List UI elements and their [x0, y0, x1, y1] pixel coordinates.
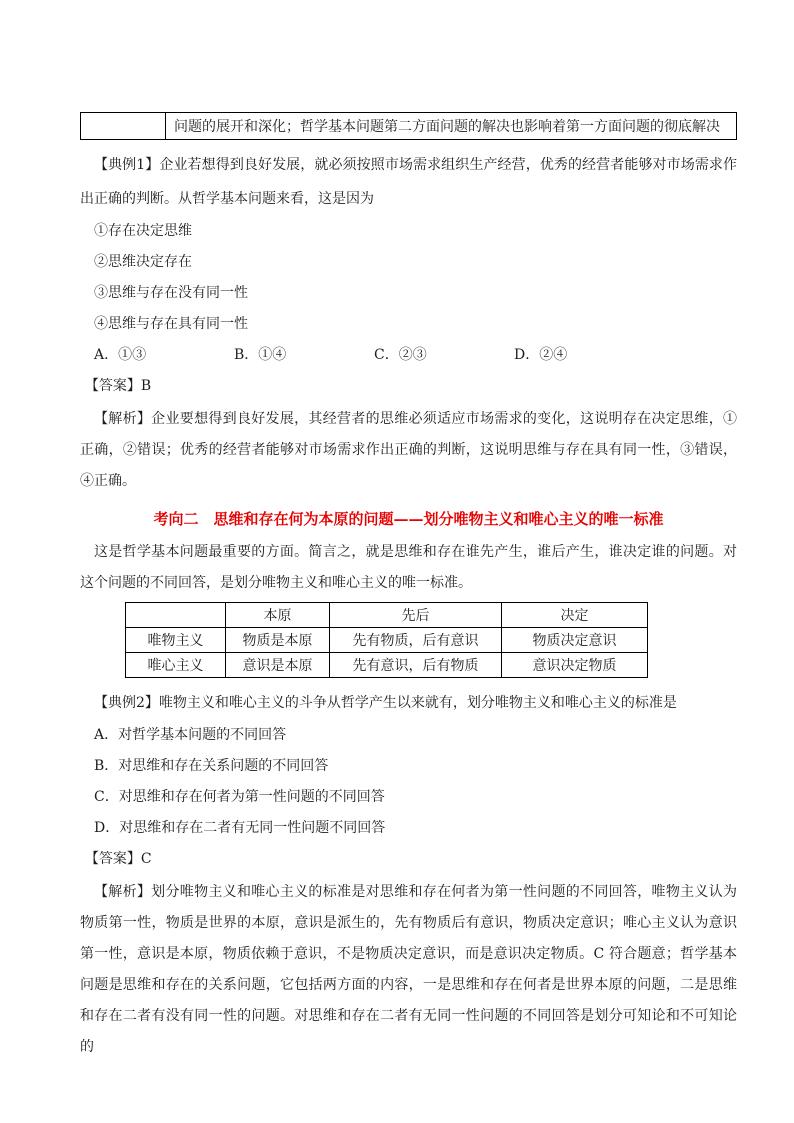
example1-answer: 【答案】B [80, 371, 737, 402]
example1-option-1: ①存在决定思维 [80, 216, 737, 247]
example1-option-2: ②思维决定存在 [80, 247, 737, 278]
example1-choice-a: A．①③ [94, 340, 234, 371]
example1-choice-b: B．①④ [234, 340, 374, 371]
example1-choices-row: A．①③ B．①④ C．②③ D．②④ [80, 340, 737, 371]
document-page: 问题的展开和深化；哲学基本问题第二方面问题的解决也影响着第一方面问题的彻底解决 … [0, 0, 794, 1123]
table-row-materialism: 唯物主义 物质是本原 先有物质，后有意识 物质决定意识 [126, 628, 648, 653]
example2-answer: 【答案】C [80, 844, 737, 875]
table-cell: 意识是本原 [226, 653, 330, 678]
top-table-text-cell: 问题的展开和深化；哲学基本问题第二方面问题的解决也影响着第一方面问题的彻底解决 [166, 113, 737, 140]
table-cell: 唯心主义 [126, 653, 226, 678]
cmp-header-origin: 本原 [226, 603, 330, 628]
example2-analysis: 【解析】划分唯物主义和唯心主义的标准是对思维和存在何者为第一性问题的不同回答，唯… [80, 877, 737, 1063]
top-table-fragment: 问题的展开和深化；哲学基本问题第二方面问题的解决也影响着第一方面问题的彻底解决 [80, 112, 737, 140]
example1-option-3: ③思维与存在没有同一性 [80, 278, 737, 309]
table-row: 问题的展开和深化；哲学基本问题第二方面问题的解决也影响着第一方面问题的彻底解决 [81, 113, 737, 140]
example1-stem: 【典例1】企业若想得到良好发展，就必须按照市场需求组织生产经营，优秀的经营者能够… [80, 148, 737, 216]
section-intro: 这是哲学基本问题最重要的方面。简言之，就是思维和存在谁先产生，谁后产生，谁决定谁… [80, 537, 737, 599]
example1-choice-c: C．②③ [374, 340, 514, 371]
table-cell: 物质是本原 [226, 628, 330, 653]
table-cell: 意识决定物质 [502, 653, 648, 678]
table-cell: 物质决定意识 [502, 628, 648, 653]
example2-choice-c: C．对思维和存在何者为第一性问题的不同回答 [80, 782, 737, 813]
example2-choice-b: B．对思维和存在关系问题的不同回答 [80, 751, 737, 782]
example2-choice-a: A．对哲学基本问题的不同回答 [80, 720, 737, 751]
table-cell: 唯物主义 [126, 628, 226, 653]
comparison-table: 本原 先后 决定 唯物主义 物质是本原 先有物质，后有意识 物质决定意识 唯心主… [125, 602, 648, 678]
table-header-row: 本原 先后 决定 [126, 603, 648, 628]
example2-choice-d: D．对思维和存在二者有无同一性问题不同回答 [80, 813, 737, 844]
cmp-header-empty [126, 603, 226, 628]
example1-option-4: ④思维与存在具有同一性 [80, 309, 737, 340]
section-heading: 考向二 思维和存在何为本原的问题——划分唯物主义和唯心主义的唯一标准 [80, 504, 737, 534]
table-cell: 先有意识，后有物质 [330, 653, 502, 678]
cmp-header-order: 先后 [330, 603, 502, 628]
example1-choice-d: D．②④ [514, 340, 654, 371]
example1-analysis: 【解析】企业要想得到良好发展，其经营者的思维必须适应市场需求的变化，这说明存在决… [80, 404, 737, 497]
table-row-idealism: 唯心主义 意识是本原 先有意识，后有物质 意识决定物质 [126, 653, 648, 678]
cmp-header-determine: 决定 [502, 603, 648, 628]
example2-stem: 【典例2】唯物主义和唯心主义的斗争从哲学产生以来就有，划分唯物主义和唯心主义的标… [80, 686, 737, 720]
table-cell: 先有物质，后有意识 [330, 628, 502, 653]
top-table-empty-cell [81, 113, 166, 140]
